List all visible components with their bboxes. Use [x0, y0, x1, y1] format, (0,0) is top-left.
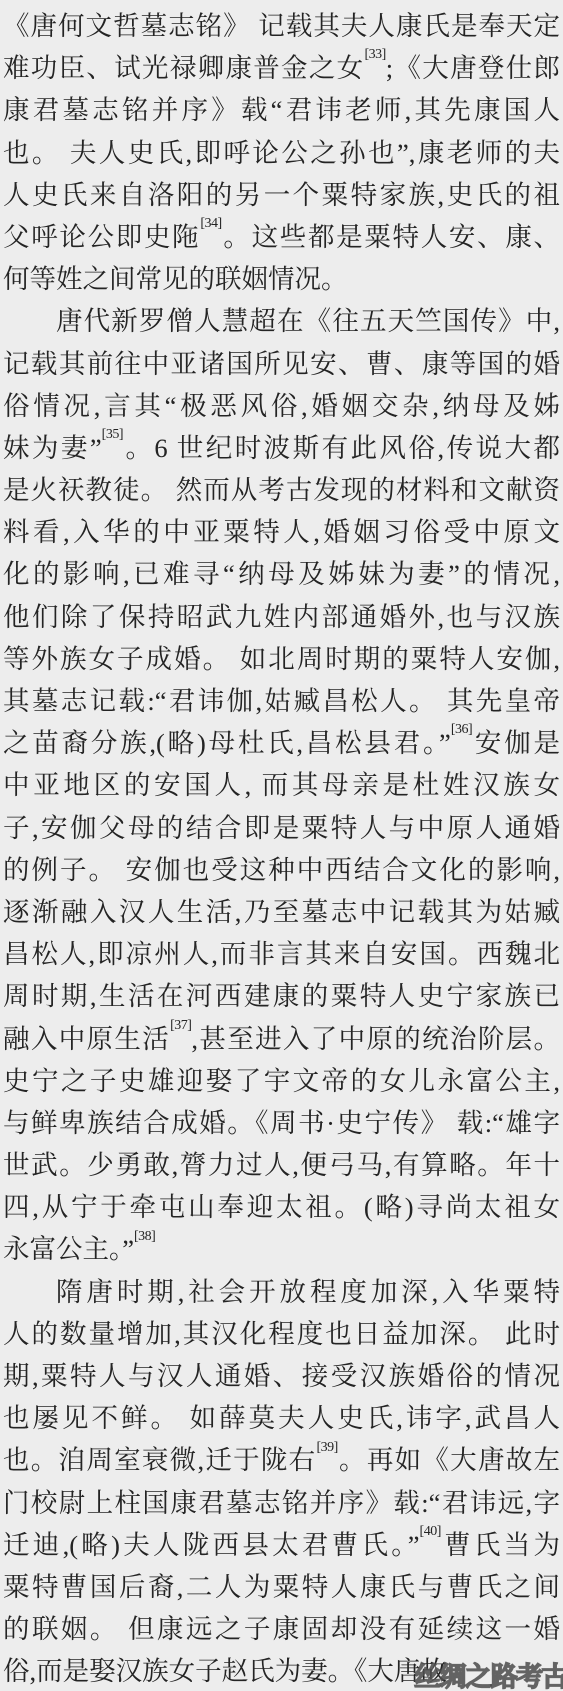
text-line: 隋唐时期,社会开放程度加深,入华粟特	[3, 1271, 560, 1313]
text-line: 妹为妻”[35]。6 世纪时波斯有此风俗,传说大都	[3, 427, 560, 469]
text-line: 门校尉上柱国康君墓志铭并序》载:“君讳远,字	[3, 1482, 560, 1524]
text-line: 逐渐融入汉人生活,乃至墓志中记载其为姑臧	[3, 891, 560, 933]
text-line: 也屡见不鲜。 如薛莫夫人史氏,讳字,武昌人	[3, 1397, 560, 1439]
text-line: 人史氏来自洛阳的另一个粟特家族,史氏的祖	[3, 174, 560, 216]
text-line: 的例子。 安伽也受这种中西结合文化的影响,	[3, 849, 560, 891]
text-line: 永富公主。”[38]	[3, 1228, 560, 1270]
text-line: 料看,入华的中亚粟特人,婚姻习俗受中原文	[3, 511, 560, 553]
text-line: 融入中原生活[37],甚至进入了中原的统治阶层。	[3, 1018, 560, 1060]
text-line: 难功臣、试光禄卿康普金之女[33];《大唐登仕郎	[3, 47, 560, 89]
text-line: 世武。少勇敢,膂力过人,便弓马,有算略。年十	[3, 1144, 560, 1186]
text-line: 期,粟特人与汉人通婚、接受汉族婚俗的情况	[3, 1355, 560, 1397]
text-line: 的联姻。 但康远之子康固却没有延续这一婚	[3, 1608, 560, 1650]
text-line: 周时期,生活在河西建康的粟特人史宁家族已	[3, 975, 560, 1017]
document-page: 《唐何文哲墓志铭》 记载其夫人康氏是奉天定难功臣、试光禄卿康普金之女[33];《…	[0, 0, 563, 1691]
footnote-marker: [37]	[170, 1018, 191, 1033]
footnote-marker: [36]	[451, 722, 472, 737]
text-line: 史宁之子史雄迎娶了宇文帝的女儿永富公主,	[3, 1060, 560, 1102]
text-line: 迁迪,(略)夫人陇西县太君曹氏。”[40]曹氏当为	[3, 1524, 560, 1566]
text-line: 中亚地区的安国人, 而其母亲是杜姓汉族女	[3, 764, 560, 806]
footnote-marker: [38]	[134, 1229, 155, 1244]
footnote-marker: [34]	[200, 216, 221, 231]
text-line: 其墓志记载:“君讳伽,姑臧昌松人。 其先皇帝	[3, 680, 560, 722]
footnote-marker: [40]	[420, 1524, 441, 1539]
text-line: 也。 夫人史氏,即呼论公之孙也”,康老师的夫	[3, 132, 560, 174]
text-line: 昌松人,即凉州人,而非言其来自安国。西魏北	[3, 933, 560, 975]
footnote-marker: [35]	[102, 427, 123, 442]
text-line: 四,从宁于牵屯山奉迎太祖。(略)寻尚太祖女	[3, 1186, 560, 1228]
text-line: 粟特曹国后裔,二人为粟特人康氏与曹氏之间	[3, 1566, 560, 1608]
text-line: 也。洎周室衰微,迁于陇右[39]。再如《大唐故左监	[3, 1439, 560, 1481]
text-line: 之苗裔分族,(略)母杜氏,昌松县君。”[36]安伽是	[3, 722, 560, 764]
text-line: 化的影响,已难寻“纳母及姊妹为妻”的情况,	[3, 553, 560, 595]
text-line: 他们除了保持昭武九姓内部通婚外,也与汉族	[3, 596, 560, 638]
text-line: 是火祆教徒。 然而从考古发现的材料和文献资	[3, 469, 560, 511]
text-line: 子,安伽父母的结合即是粟特人与中原人通婚	[3, 807, 560, 849]
footnote-marker: [39]	[316, 1440, 337, 1455]
text-line: 父呼论公即史陁[34]。这些都是粟特人安、康、史、	[3, 216, 560, 258]
text-line: 与鲜卑族结合成婚。《周书·史宁传》 载:“雄字	[3, 1102, 560, 1144]
text-line: 唐代新罗僧人慧超在《往五天竺国传》中,	[3, 300, 560, 342]
text-line: 康君墓志铭并序》载“君讳老师,其先康国人	[3, 89, 560, 131]
article-text: 《唐何文哲墓志铭》 记载其夫人康氏是奉天定难功臣、试光禄卿康普金之女[33];《…	[3, 5, 560, 1691]
footnote-marker: [33]	[364, 47, 385, 62]
text-line: 记载其前往中亚诸国所见安、曹、康等国的婚	[3, 343, 560, 385]
text-line: 何等姓之间常见的联姻情况。	[3, 258, 560, 300]
text-line: 等外族女子成婚。 如北周时期的粟特人安伽,	[3, 638, 560, 680]
text-line: 俗情况,言其“极恶风俗,婚姻交杂,纳母及姊	[3, 385, 560, 427]
watermark: 丝绸之路考古	[414, 1655, 563, 1691]
text-line: 人的数量增加,其汉化程度也日益加深。 此时	[3, 1313, 560, 1355]
text-line: 《唐何文哲墓志铭》 记载其夫人康氏是奉天定	[3, 5, 560, 47]
